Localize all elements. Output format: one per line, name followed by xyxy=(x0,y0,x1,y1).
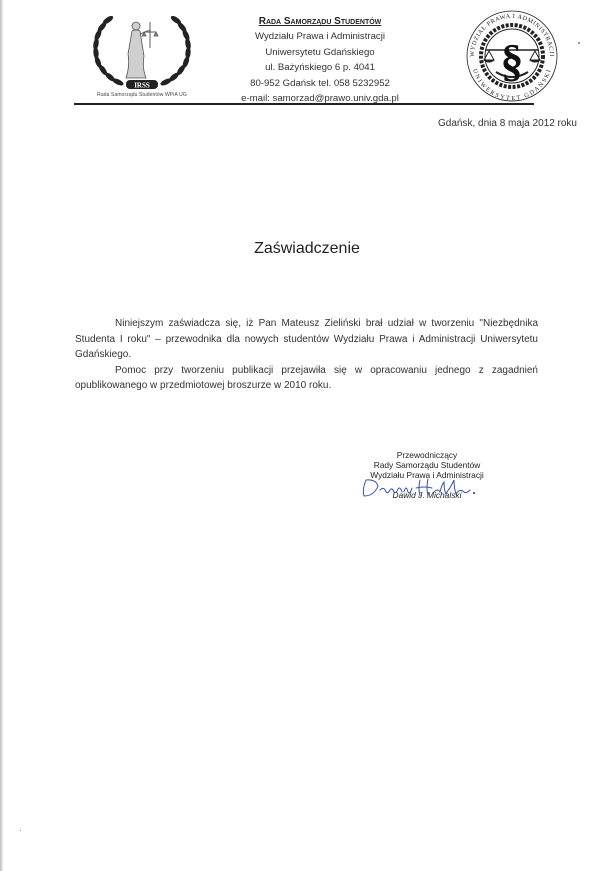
document-title: Zaświadczenie xyxy=(0,240,614,258)
signatory-name: Dawid J. Michalski xyxy=(348,490,506,500)
signatory-title: Przewodniczący xyxy=(348,450,506,460)
address-line-street: ul. Bażyńskiego 6 p. 4041 xyxy=(222,60,418,75)
certificate-body: Niniejszym zaświadcza się, iż Pan Mateus… xyxy=(75,316,538,394)
address-line-university: Uniwersytetu Gdańskiego xyxy=(222,45,418,60)
date-place-line: Gdańsk, dnia 8 maja 2012 roku xyxy=(438,118,577,129)
lady-justice-laurel-icon: IRSS xyxy=(86,8,198,92)
logo-caption: Rada Samorządu Studentów WPiA UG xyxy=(86,92,198,98)
address-line-city-phone: 80-952 Gdańsk tel. 058 5232952 xyxy=(222,76,418,91)
body-paragraph-contribution: Pomoc przy tworzeniu publikacji przejawi… xyxy=(75,363,538,394)
paragraph-scales-seal-icon: WYDZIAŁ PRAWA I ADMINISTRACJI UNIWERSYTE… xyxy=(462,8,562,102)
organization-name: Rada Samorządu Studentów xyxy=(222,14,418,29)
student-council-logo: IRSS Rada Samorządu Studentów WPiA UG xyxy=(86,8,198,98)
signatory-body: Rady Samorządu Studentów xyxy=(348,460,506,470)
scan-edge-shadow xyxy=(0,0,3,871)
svg-text:IRSS: IRSS xyxy=(134,82,150,90)
scan-speck xyxy=(20,830,21,831)
address-line-faculty: Wydziału Prawa i Administracji xyxy=(222,29,418,44)
body-paragraph-participation: Niniejszym zaświadcza się, iż Pan Mateus… xyxy=(75,316,538,363)
signatory-faculty: Wydziału Prawa i Administracji xyxy=(348,470,506,480)
signature-block: Przewodniczący Rady Samorządu Studentów … xyxy=(348,450,506,500)
letterhead-address: Rada Samorządu Studentów Wydziału Prawa … xyxy=(222,14,418,106)
svg-text:§: § xyxy=(501,35,524,86)
letterhead-divider xyxy=(74,103,534,105)
scan-speck xyxy=(578,42,580,44)
faculty-seal-logo: WYDZIAŁ PRAWA I ADMINISTRACJI UNIWERSYTE… xyxy=(462,8,562,102)
